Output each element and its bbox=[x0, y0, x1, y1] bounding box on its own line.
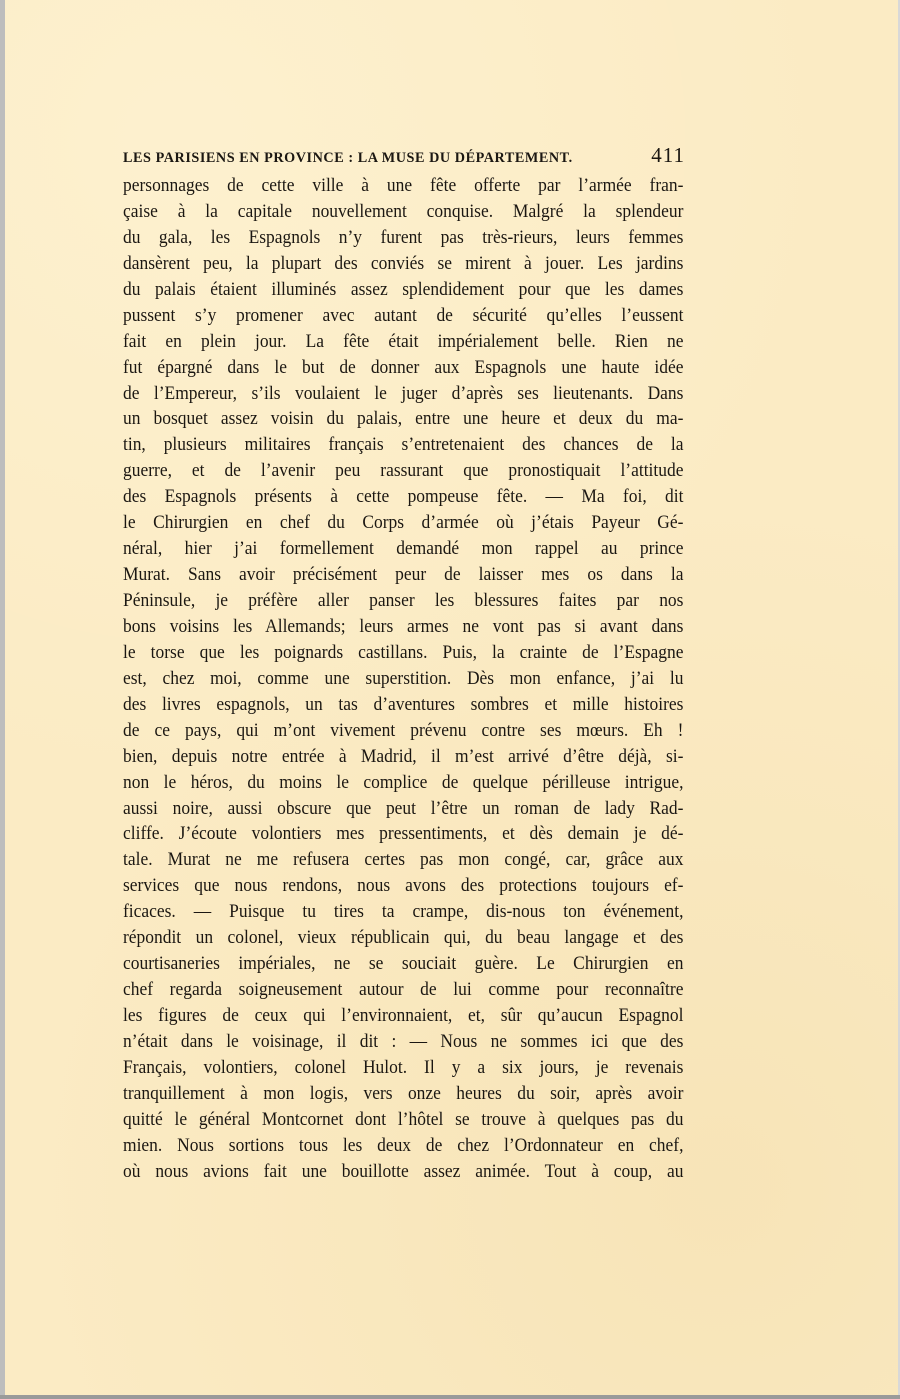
text-line: bien, depuis notre entrée à Madrid, il m… bbox=[123, 744, 683, 770]
text-line: Péninsule, je préfère aller panser les b… bbox=[123, 588, 683, 614]
running-head: LES PARISIENS EN PROVINCE : LA MUSE DU D… bbox=[123, 143, 685, 169]
text-line: ficaces. — Puisque tu tires ta crampe, d… bbox=[123, 899, 683, 925]
text-line: les figures de ceux qui l’environnaient,… bbox=[123, 1003, 683, 1029]
text-line: de ce pays, qui m’ont vivement prévenu c… bbox=[123, 718, 683, 744]
running-head-title: LES PARISIENS EN PROVINCE : LA MUSE DU D… bbox=[123, 150, 573, 167]
text-line: tale. Murat ne me refusera certes pas mo… bbox=[123, 847, 683, 873]
text-line: des livres espagnols, un tas d’aventures… bbox=[123, 692, 683, 718]
text-line: aussi noire, aussi obscure que peut l’êt… bbox=[123, 796, 683, 822]
text-line: pussent s’y promener avec autant de sécu… bbox=[123, 303, 683, 329]
text-line: fait en plein jour. La fête était impéri… bbox=[123, 329, 683, 355]
text-line: services que nous rendons, nous avons de… bbox=[123, 873, 683, 899]
text-line: des Espagnols présents à cette pompeuse … bbox=[123, 484, 683, 510]
text-line: chef regarda soigneusement autour de lui… bbox=[123, 977, 683, 1003]
text-line: le torse que les poignards castillans. P… bbox=[123, 640, 683, 666]
text-line: mien. Nous sortions tous les deux de che… bbox=[123, 1133, 683, 1159]
text-line: où nous avions fait une bouillotte assez… bbox=[123, 1159, 683, 1185]
text-line: est, chez moi, comme une superstition. D… bbox=[123, 666, 683, 692]
text-line: le Chirurgien en chef du Corps d’armée o… bbox=[123, 510, 683, 536]
text-line: dansèrent peu, la plupart des conviés se… bbox=[123, 251, 683, 277]
page-number: 411 bbox=[651, 143, 685, 168]
text-line: Français, volontiers, colonel Hulot. Il … bbox=[123, 1055, 683, 1081]
text-line: Murat. Sans avoir précisément peur de la… bbox=[123, 562, 683, 588]
text-line: bons voisins les Allemands; leurs armes … bbox=[123, 614, 683, 640]
text-line: du palais étaient illuminés assez splend… bbox=[123, 277, 683, 303]
text-line: çaise à la capitale nouvellement conquis… bbox=[123, 199, 683, 225]
text-line: néral, hier j’ai formellement demandé mo… bbox=[123, 536, 683, 562]
body-text: personnages de cette ville à une fête of… bbox=[123, 173, 683, 1185]
text-line: quitté le général Montcornet dont l’hôte… bbox=[123, 1107, 683, 1133]
text-line: du gala, les Espagnols n’y furent pas tr… bbox=[123, 225, 683, 251]
text-line: cliffe. J’écoute volontiers mes pressent… bbox=[123, 821, 683, 847]
text-line: personnages de cette ville à une fête of… bbox=[123, 173, 683, 199]
scan-bottom-border bbox=[0, 1395, 900, 1399]
text-line: un bosquet assez voisin du palais, entre… bbox=[123, 406, 683, 432]
text-line: guerre, et de l’avenir peu rassurant que… bbox=[123, 458, 683, 484]
text-line: fut épargné dans le but de donner aux Es… bbox=[123, 355, 683, 381]
text-line: courtisaneries impériales, ne se souciai… bbox=[123, 951, 683, 977]
text-line: non le héros, du moins le complice de qu… bbox=[123, 770, 683, 796]
text-line: tranquillement à mon logis, vers onze he… bbox=[123, 1081, 683, 1107]
text-line: tin, plusieurs militaires français s’ent… bbox=[123, 432, 683, 458]
text-line: de l’Empereur, s’ils voulaient le juger … bbox=[123, 381, 683, 407]
text-line: répondit un colonel, vieux républicain q… bbox=[123, 925, 683, 951]
text-line: n’était dans le voisinage, il dit : — No… bbox=[123, 1029, 683, 1055]
